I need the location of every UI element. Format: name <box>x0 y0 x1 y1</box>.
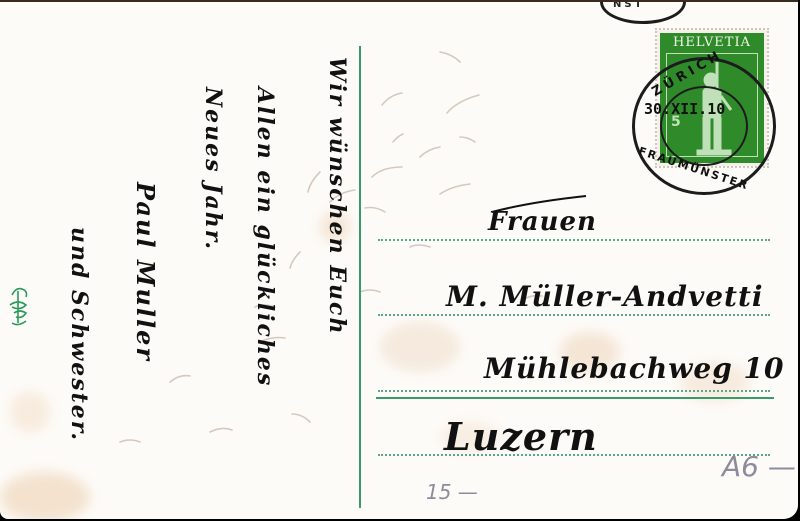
address-street: Mühlebachweg 10 <box>484 352 785 385</box>
message-line-3: Neues Jahr. <box>200 87 226 251</box>
address-line-3 <box>378 390 770 392</box>
address-line-2 <box>378 314 770 316</box>
message-signature: Paul Muller <box>131 182 160 362</box>
message-line-1: Wir wünschen Euch <box>324 57 350 335</box>
pencil-note-bottom: 15 — <box>426 480 478 504</box>
partial-postmark-text: NST <box>613 0 644 10</box>
address-line-1 <box>378 239 770 241</box>
postcard-back: Frauen M. Müller-Andvetti Mühlebachweg 1… <box>0 0 798 519</box>
publisher-logo-icon <box>6 285 34 329</box>
stamp-country: HELVETIA <box>660 35 764 50</box>
center-divider-line <box>359 46 361 508</box>
message-closing: und Schwester. <box>66 227 92 442</box>
address-solid-line <box>376 397 774 399</box>
message-line-2: Allen ein glückliches <box>252 87 278 387</box>
postmark-date: 30.XII.10 <box>644 100 725 118</box>
pencil-note-corner: A6 — <box>722 450 796 483</box>
salutation-flourish <box>490 194 590 214</box>
address-city: Luzern <box>444 414 598 459</box>
address-name: M. Müller-Andvetti <box>446 280 764 313</box>
